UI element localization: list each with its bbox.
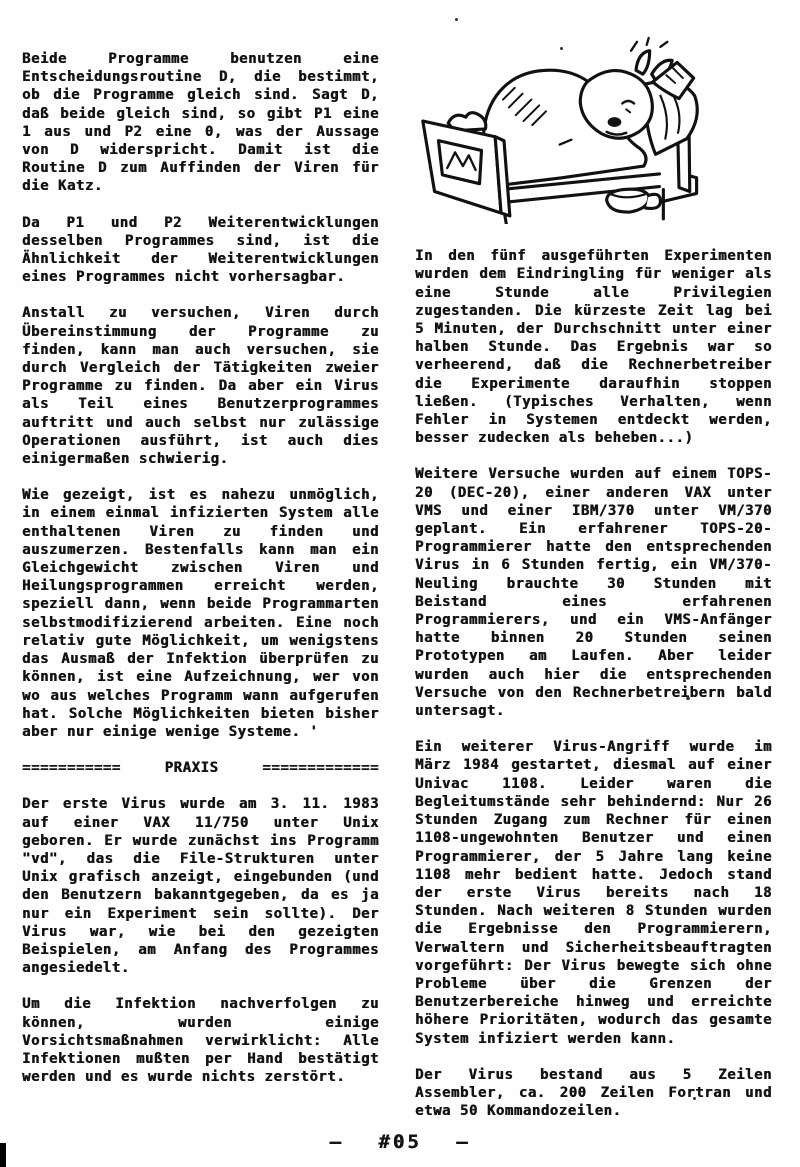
- paragraph: Um die Infektion nachverfolgen zu können…: [22, 995, 379, 1086]
- paragraph: Weitere Versuche wurden auf einem TOPS-2…: [415, 465, 772, 720]
- paragraph: Da P1 und P2 Weiterentwicklungen desselb…: [22, 214, 379, 287]
- scan-speck: [693, 1097, 696, 1100]
- sick-creature-in-bed-illustration: [415, 26, 767, 224]
- section-rule-left: ===========: [22, 759, 121, 777]
- scan-speck: [455, 18, 458, 21]
- page-number: — #05 —: [0, 1131, 800, 1153]
- paragraph: In den fünf ausgeführten Experimenten wu…: [415, 247, 772, 447]
- paragraph: Der erste Virus wurde am 3. 11. 1983 auf…: [22, 795, 379, 977]
- paragraph: Beide Programme benutzen eine Entscheidu…: [22, 50, 379, 196]
- scanned-article-page: Beide Programme benutzen eine Entscheidu…: [0, 0, 800, 1167]
- scan-speck: [560, 47, 563, 50]
- scan-speck: [686, 697, 690, 700]
- nose: [608, 117, 622, 127]
- section-rule-right: =============: [262, 759, 379, 777]
- paragraph: Anstall zu versuchen, Viren durch Überei…: [22, 304, 379, 468]
- paragraph: Ein weiterer Virus-Angriff wurde im März…: [415, 738, 772, 1047]
- section-header-praxis: =========== PRAXIS =============: [22, 759, 379, 777]
- section-title: PRAXIS: [165, 759, 219, 777]
- left-column: Beide Programme benutzen eine Entscheidu…: [22, 26, 379, 1138]
- scan-artifact-bar: [0, 1143, 6, 1167]
- ear: [636, 51, 650, 74]
- paragraph: Der Virus bestand aus 5 Zeilen Assembler…: [415, 1066, 772, 1121]
- paragraph: Wie gezeigt, ist es nahezu unmöglich, in…: [22, 486, 379, 741]
- right-column: In den fünf ausgeführten Experimenten wu…: [415, 26, 772, 1138]
- cup: [607, 189, 649, 212]
- two-column-layout: Beide Programme benutzen eine Entscheidu…: [22, 26, 778, 1138]
- cup-handle: [646, 194, 661, 208]
